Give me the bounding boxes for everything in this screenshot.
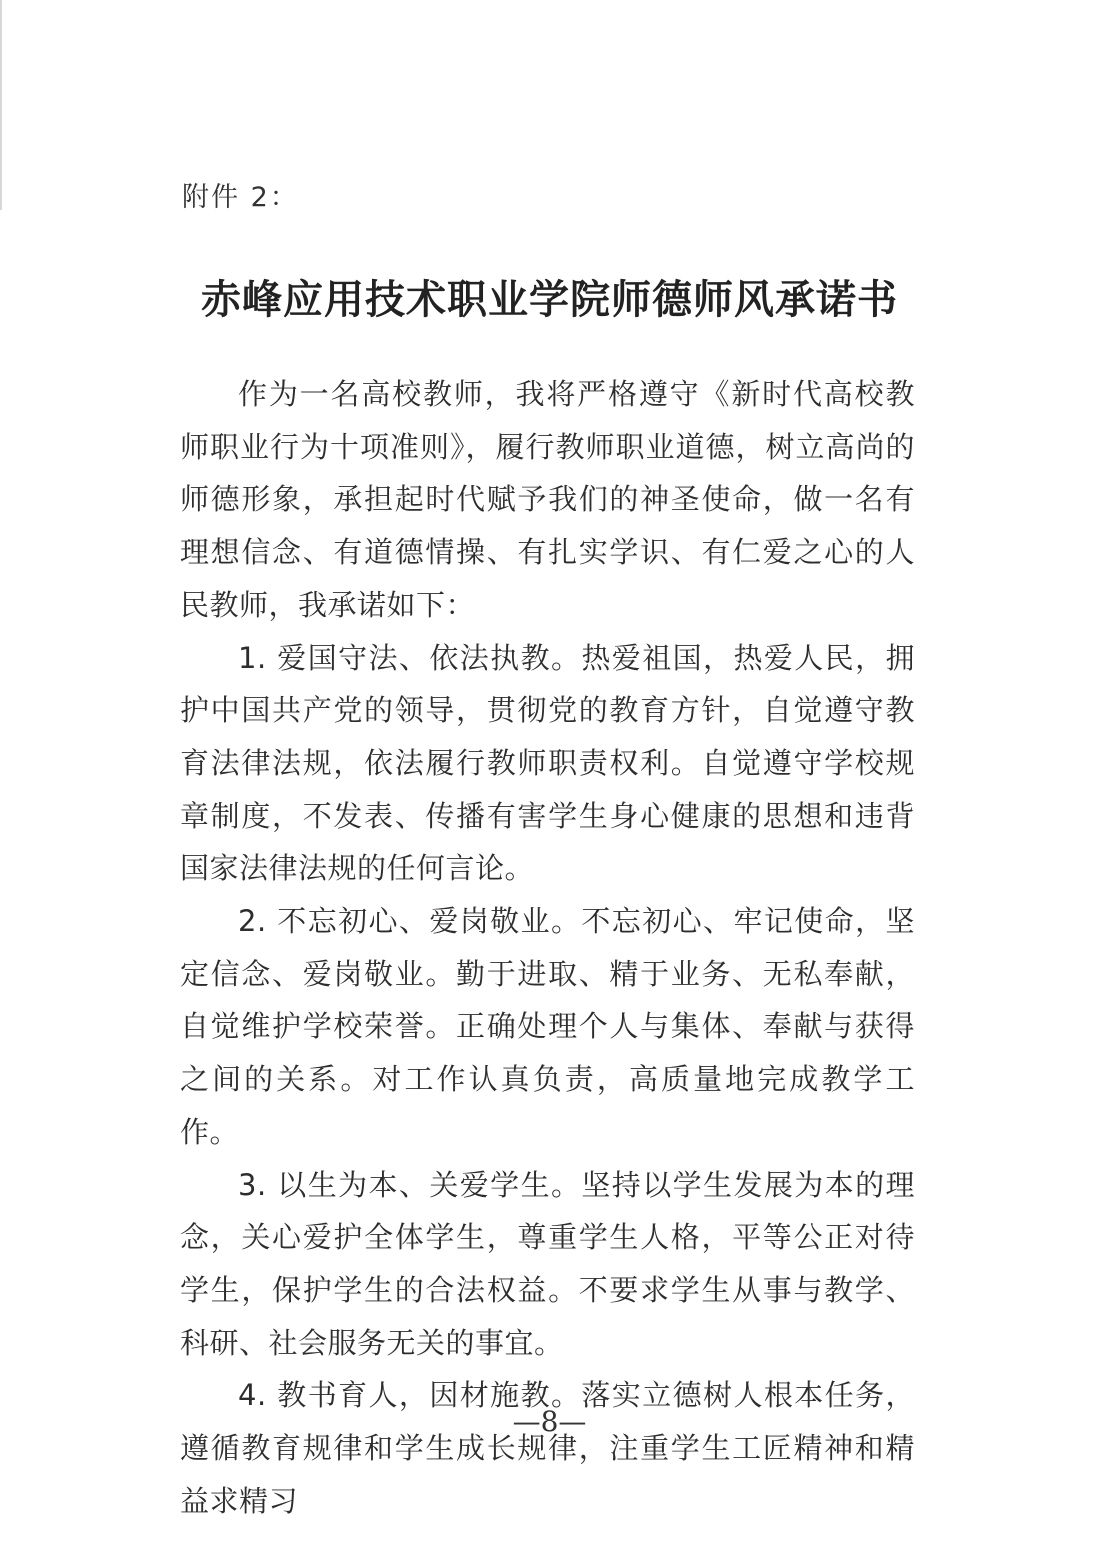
commitment-item-3: 3. 以生为本、关爱学生。坚持以学生发展为本的理念，关心爱护全体学生，尊重学生人… — [180, 1159, 915, 1370]
attachment-label: 附件 2： — [182, 175, 299, 214]
intro-paragraph: 作为一名高校教师，我将严格遵守《新时代高校教师职业行为十项准则》，履行教师职业道… — [180, 368, 915, 632]
commitment-item-1: 1. 爱国守法、依法执教。热爱祖国，热爱人民，拥护中国共产党的领导，贯彻党的教育… — [180, 632, 915, 896]
document-title: 赤峰应用技术职业学院师德师风承诺书 — [0, 268, 1099, 325]
page-number: —8— — [0, 1405, 1099, 1438]
document-body: 作为一名高校教师，我将严格遵守《新时代高校教师职业行为十项准则》，履行教师职业道… — [180, 368, 915, 1527]
scan-edge-artifact — [0, 0, 2, 210]
commitment-item-2: 2. 不忘初心、爱岗敬业。不忘初心、牢记使命，坚定信念、爱岗敬业。勤于进取、精于… — [180, 895, 915, 1159]
commitment-item-4: 4. 教书育人，因材施教。落实立德树人根本任务，遵循教育规律和学生成长规律，注重… — [180, 1369, 915, 1527]
